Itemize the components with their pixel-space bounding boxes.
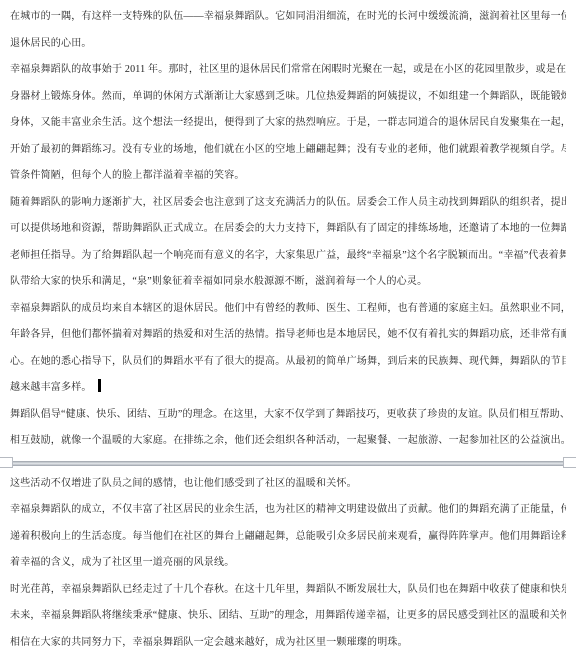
text-run: 着幸福的含义，成为了社区里一道亮丽的风景线。 bbox=[10, 557, 234, 568]
text-run: 幸福泉舞蹈队的故事始于 2011 年。那时，社区里的退休居民们常常在闲暇时光聚在… bbox=[10, 64, 566, 75]
text-line[interactable]: 时光荏苒，幸福泉舞蹈队已经走过了十几个春秋。在这十几年里，舞蹈队不断发展壮大，队… bbox=[10, 577, 566, 604]
text-run: 相互鼓励，就像一个温暖的大家庭。在排练之余，他们还会组织各种活动，一起聚餐、一起… bbox=[10, 435, 566, 446]
paragraph-1: 在城市的一隅，有这样一支特殊的队伍——幸福泉舞蹈队。它如同涓涓细流，在时光的长河… bbox=[10, 4, 566, 57]
text-line[interactable]: 相信在大家的共同努力下，幸福泉舞蹈队一定会越来越好，成为社区里一颗璀璨的明珠。 bbox=[10, 630, 566, 657]
text-line[interactable]: 着幸福的含义，成为了社区里一道亮丽的风景线。 bbox=[10, 550, 566, 577]
text-line[interactable]: 队带给大家的快乐和满足，“泉”则象征着幸福如同泉水般源源不断，滋润着每一个人的心… bbox=[10, 269, 566, 296]
text-run: 身体，又能丰富业余生活。这个想法一经提出，便得到了大家的热烈响应。于是，一群志同… bbox=[10, 117, 566, 128]
paragraph-6: 幸福泉舞蹈队的成立，不仅丰富了社区居民的业余生活，也为社区的精神文明建设做出了贡… bbox=[10, 497, 566, 577]
text-line[interactable]: 相互鼓励，就像一个温暖的大家庭。在排练之余，他们还会组织各种活动，一起聚餐、一起… bbox=[10, 428, 566, 455]
text-run: 舞蹈队倡导“健康、快乐、团结、互助”的理念。在这里，大家不仅学到了舞蹈技巧，更收… bbox=[10, 409, 566, 420]
text-run: 越来越丰富多样。 bbox=[10, 382, 92, 393]
text-run: 老师担任指导。为了给舞蹈队起一个响亮而有意义的名字，大家集思广益，最终“幸福泉”… bbox=[10, 250, 566, 261]
text-run: 相信在大家的共同努力下，幸福泉舞蹈队一定会越来越好，成为社区里一颗璀璨的明珠。 bbox=[10, 637, 408, 648]
text-line[interactable]: 开始了最初的舞蹈练习。没有专业的场地，他们就在小区的空地上翩翩起舞；没有专业的老… bbox=[10, 137, 566, 164]
paragraph-2: 幸福泉舞蹈队的故事始于 2011 年。那时，社区里的退休居民们常常在闲暇时光聚在… bbox=[10, 57, 566, 190]
text-run: 年龄各异，但他们都怀揣着对舞蹈的热爱和对生活的热情。指导老师也是本地居民，她不仅… bbox=[10, 329, 566, 340]
paragraph-4: 幸福泉舞蹈队的成员均来自本辖区的退休居民。他们中有曾经的教师、医生、工程师，也有… bbox=[10, 296, 566, 402]
text-line[interactable]: 舞蹈队倡导“健康、快乐、团结、互助”的理念。在这里，大家不仅学到了舞蹈技巧，更收… bbox=[10, 402, 566, 429]
text-line[interactable]: 幸福泉舞蹈队的故事始于 2011 年。那时，社区里的退休居民们常常在闲暇时光聚在… bbox=[10, 57, 566, 84]
text-line[interactable]: 幸福泉舞蹈队的成员均来自本辖区的退休居民。他们中有曾经的教师、医生、工程师，也有… bbox=[10, 296, 566, 323]
text-run: 可以提供场地和资源，帮助舞蹈队正式成立。在居委会的大力支持下，舞蹈队有了固定的排… bbox=[10, 223, 566, 234]
text-run: 幸福泉舞蹈队的成员均来自本辖区的退休居民。他们中有曾经的教师、医生、工程师，也有… bbox=[10, 303, 566, 314]
text-line[interactable]: 越来越丰富多样。 bbox=[10, 375, 566, 402]
text-run: 退休居民的心田。 bbox=[10, 38, 92, 49]
text-run: 队带给大家的快乐和满足，“泉”则象征着幸福如同泉水般源源不断，滋润着每一个人的心… bbox=[10, 276, 427, 287]
page-edge-notch-right bbox=[563, 457, 576, 468]
text-line[interactable]: 身器材上锻炼身体。然而，单调的休闲方式渐渐让大家感到乏味。几位热爱舞蹈的阿姨提议… bbox=[10, 84, 566, 111]
text-line[interactable]: 幸福泉舞蹈队的成立，不仅丰富了社区居民的业余生活，也为社区的精神文明建设做出了贡… bbox=[10, 497, 566, 524]
text-line[interactable]: 随着舞蹈队的影响力逐渐扩大，社区居委会也注意到了这支充满活力的队伍。居委会工作人… bbox=[10, 190, 566, 217]
page-edge-notch-left bbox=[0, 457, 13, 468]
page-break-line bbox=[0, 461, 576, 466]
text-line[interactable]: 老师担任指导。为了给舞蹈队起一个响亮而有意义的名字，大家集思广益，最终“幸福泉”… bbox=[10, 243, 566, 270]
text-run: 随着舞蹈队的影响力逐渐扩大，社区居委会也注意到了这支充满活力的队伍。居委会工作人… bbox=[10, 197, 566, 208]
text-run: 在城市的一隅，有这样一支特殊的队伍——幸福泉舞蹈队。它如同涓涓细流，在时光的长河… bbox=[10, 11, 566, 22]
text-line[interactable]: 管条件简陋，但每个人的脸上都洋溢着幸福的笑容。 bbox=[10, 163, 566, 190]
text-run: 这些活动不仅增进了队员之间的感情，也让他们感受到了社区的温暖和关怀。 bbox=[10, 478, 357, 489]
text-line[interactable]: 递着积极向上的生活态度。每当他们在社区的舞台上翩翩起舞，总能吸引众多居民前来观看… bbox=[10, 524, 566, 551]
text-line[interactable]: 心。在她的悉心指导下，队员们的舞蹈水平有了很大的提高。从最初的简单广场舞，到后来… bbox=[10, 349, 566, 376]
text-line[interactable]: 身体，又能丰富业余生活。这个想法一经提出，便得到了大家的热烈响应。于是，一群志同… bbox=[10, 110, 566, 137]
text-run: 开始了最初的舞蹈练习。没有专业的场地，他们就在小区的空地上翩翩起舞；没有专业的老… bbox=[10, 144, 566, 155]
text-run: 幸福泉舞蹈队的成立，不仅丰富了社区居民的业余生活，也为社区的精神文明建设做出了贡… bbox=[10, 504, 566, 515]
text-line[interactable]: 可以提供场地和资源，帮助舞蹈队正式成立。在居委会的大力支持下，舞蹈队有了固定的排… bbox=[10, 216, 566, 243]
text-line[interactable]: 年龄各异，但他们都怀揣着对舞蹈的热爱和对生活的热情。指导老师也是本地居民，她不仅… bbox=[10, 322, 566, 349]
text-line[interactable]: 退休居民的心田。 bbox=[10, 31, 566, 58]
paragraph-3: 随着舞蹈队的影响力逐渐扩大，社区居委会也注意到了这支充满活力的队伍。居委会工作人… bbox=[10, 190, 566, 296]
text-run: 未来，幸福泉舞蹈队将继续秉承“健康、快乐、团结、互助”的理念，用舞蹈传递幸福，让… bbox=[10, 610, 566, 621]
text-run: 心。在她的悉心指导下，队员们的舞蹈水平有了很大的提高。从最初的简单广场舞，到后来… bbox=[10, 356, 566, 367]
text-line[interactable]: 这些活动不仅增进了队员之间的感情，也让他们感受到了社区的温暖和关怀。 bbox=[10, 471, 566, 498]
text-run: 时光荏苒，幸福泉舞蹈队已经走过了十几个春秋。在这十几年里，舞蹈队不断发展壮大，队… bbox=[10, 584, 566, 595]
text-line[interactable]: 未来，幸福泉舞蹈队将继续秉承“健康、快乐、团结、互助”的理念，用舞蹈传递幸福，让… bbox=[10, 603, 566, 630]
paragraph-5-page1: 舞蹈队倡导“健康、快乐、团结、互助”的理念。在这里，大家不仅学到了舞蹈技巧，更收… bbox=[10, 402, 566, 455]
paragraph-5-page2: 这些活动不仅增进了队员之间的感情，也让他们感受到了社区的温暖和关怀。 bbox=[10, 471, 566, 498]
text-run: 身器材上锻炼身体。然而，单调的休闲方式渐渐让大家感到乏味。几位热爱舞蹈的阿姨提议… bbox=[10, 91, 566, 102]
text-run: 递着积极向上的生活态度。每当他们在社区的舞台上翩翩起舞，总能吸引众多居民前来观看… bbox=[10, 531, 566, 542]
page-boundary[interactable] bbox=[0, 457, 576, 469]
text-insertion-caret bbox=[98, 379, 101, 392]
paragraph-7: 时光荏苒，幸福泉舞蹈队已经走过了十几个春秋。在这十几年里，舞蹈队不断发展壮大，队… bbox=[10, 577, 566, 657]
document-page[interactable]: 在城市的一隅，有这样一支特殊的队伍——幸福泉舞蹈队。它如同涓涓细流，在时光的长河… bbox=[0, 0, 576, 659]
text-run: 管条件简陋，但每个人的脸上都洋溢着幸福的笑容。 bbox=[10, 170, 245, 181]
text-line[interactable]: 在城市的一隅，有这样一支特殊的队伍——幸福泉舞蹈队。它如同涓涓细流，在时光的长河… bbox=[10, 4, 566, 31]
